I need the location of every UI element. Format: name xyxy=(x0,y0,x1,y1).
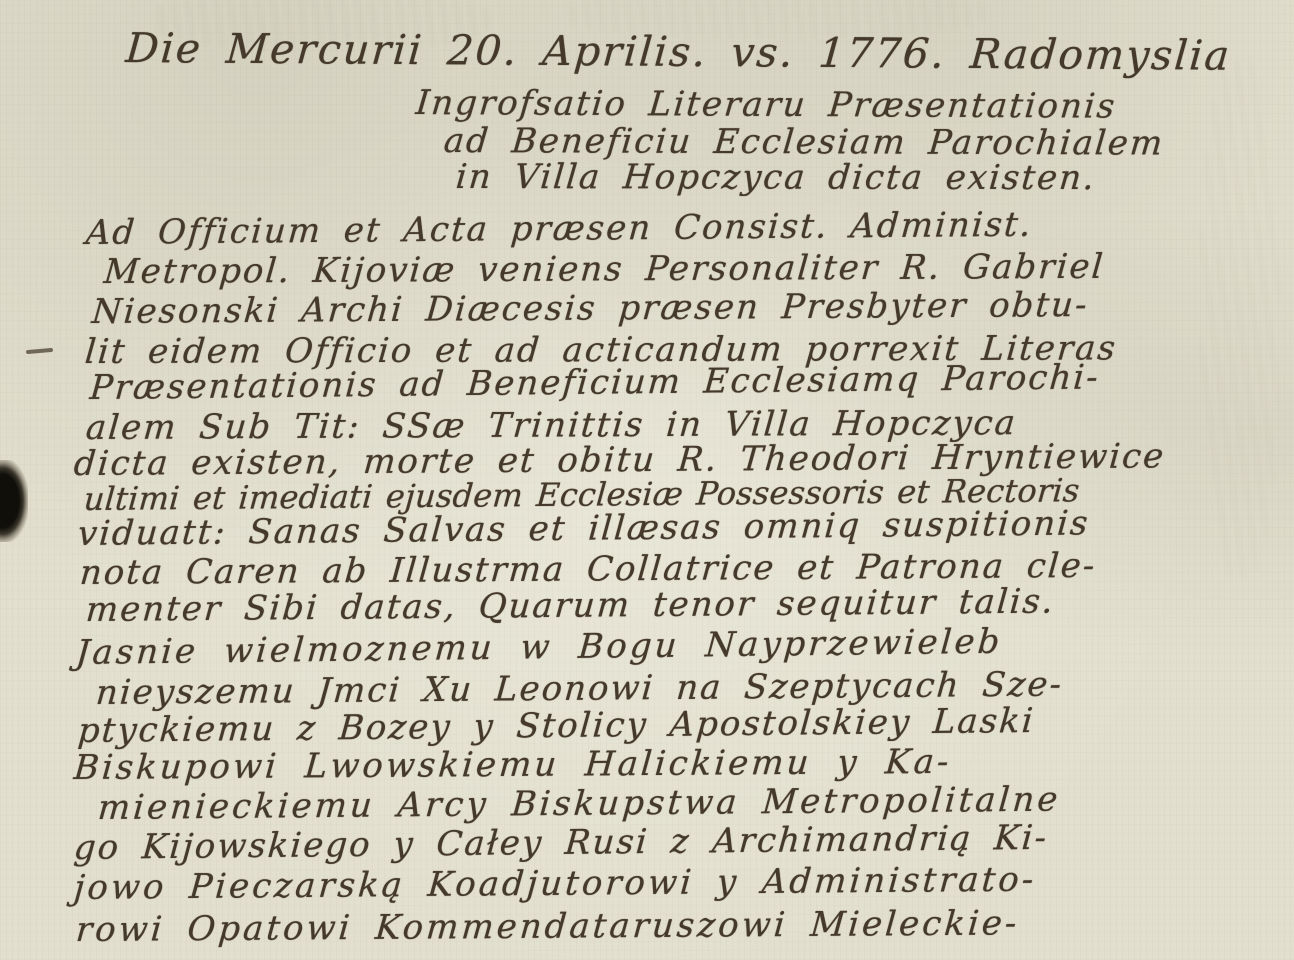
body-line-3: Niesonski Archi Diæcesis præsen Presbyte… xyxy=(90,285,1090,332)
title-line-1: Ingrofsatio Literaru Præsentationis xyxy=(414,83,1118,127)
body-line-18: jowo Pieczarską Koadjutorowi y Administr… xyxy=(72,860,1038,908)
margin-mark xyxy=(26,348,53,354)
binding-hole xyxy=(0,460,28,542)
manuscript-page: Die Mercurii 20. Aprilis. vs. 1776. Rado… xyxy=(0,0,1294,960)
dateline: Die Mercurii 20. Aprilis. vs. 1776. Rado… xyxy=(124,24,1233,80)
body-line-19: rowi Opatowi Kommendataruszowi Mieleckie… xyxy=(74,903,1021,950)
bleedthrough-smudge xyxy=(1200,60,1280,580)
body-line-1: Ad Officium et Acta præsen Consist. Admi… xyxy=(84,205,1034,253)
title-line-3: in Villa Hopczyca dicta existen. xyxy=(454,157,1098,198)
